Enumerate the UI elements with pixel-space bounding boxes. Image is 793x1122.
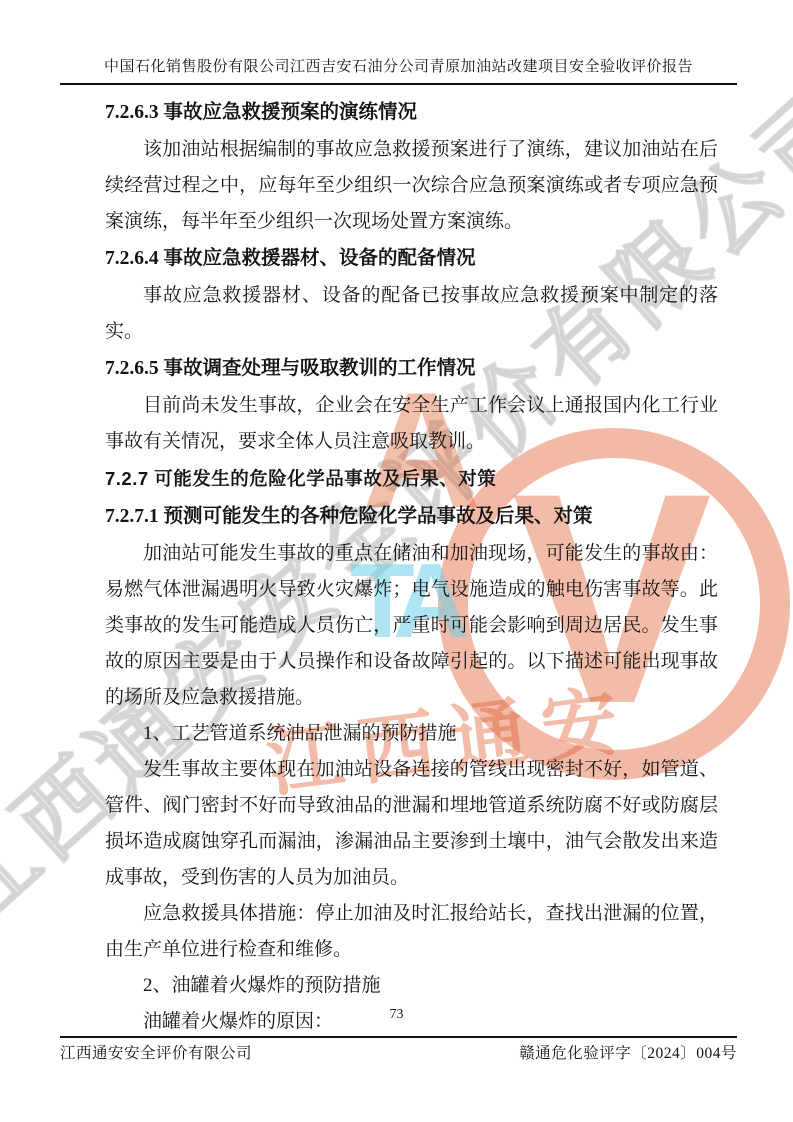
paragraph: 1、工艺管道系统油品泄漏的预防措施 (105, 716, 718, 752)
footer-doc-number: 赣通危化验评字〔2024〕004号 (519, 1043, 737, 1065)
paragraph: 应急救援具体措施：停止加油及时汇报给站长，查找出泄漏的位置，由生产单位进行检查和… (105, 896, 718, 968)
section-heading: 7.2.7.1 预测可能发生的各种危险化学品事故及后果、对策 (105, 498, 718, 536)
footer-company: 江西通安安全评价有限公司 (60, 1043, 252, 1065)
report-title: 中国石化销售股份有限公司江西吉安石油分公司青原加油站改建项目安全验收评价报告 (104, 59, 693, 75)
section-heading: 7.2.7 可能发生的危险化学品事故及后果、对策 (105, 460, 718, 498)
page-header: 中国石化销售股份有限公司江西吉安石油分公司青原加油站改建项目安全验收评价报告 (60, 56, 737, 85)
page-number: 73 (0, 1006, 793, 1024)
paragraph: 2、油罐着火爆炸的预防措施 (105, 968, 718, 1004)
document-body: 7.2.6.3 事故应急救援预案的演练情况该加油站根据编制的事故应急救援预案进行… (105, 94, 718, 1040)
paragraph: 事故应急救援器材、设备的配备已按事故应急救援预案中制定的落实。 (105, 278, 718, 350)
paragraph: 发生事故主要体现在加油站设备连接的管线出现密封不好，如管道、管件、阀门密封不好而… (105, 752, 718, 896)
page-footer: 江西通安安全评价有限公司 赣通危化验评字〔2024〕004号 (60, 1036, 737, 1065)
report-page: 江西通安安全评价有限公司 V A TA 江西通安 中国石化销售股份有限公司江西吉… (0, 0, 793, 1122)
paragraph: 该加油站根据编制的事故应急救援预案进行了演练，建议加油站在后续经营过程之中，应每… (105, 132, 718, 240)
section-heading: 7.2.6.4 事故应急救援器材、设备的配备情况 (105, 240, 718, 278)
paragraph: 目前尚未发生事故，企业会在安全生产工作会议上通报国内化工行业事故有关情况，要求全… (105, 388, 718, 460)
paragraph: 加油站可能发生事故的重点在储油和加油现场，可能发生的事故由：易燃气体泄漏遇明火导… (105, 536, 718, 716)
section-heading: 7.2.6.3 事故应急救援预案的演练情况 (105, 94, 718, 132)
section-heading: 7.2.6.5 事故调查处理与吸取教训的工作情况 (105, 350, 718, 388)
